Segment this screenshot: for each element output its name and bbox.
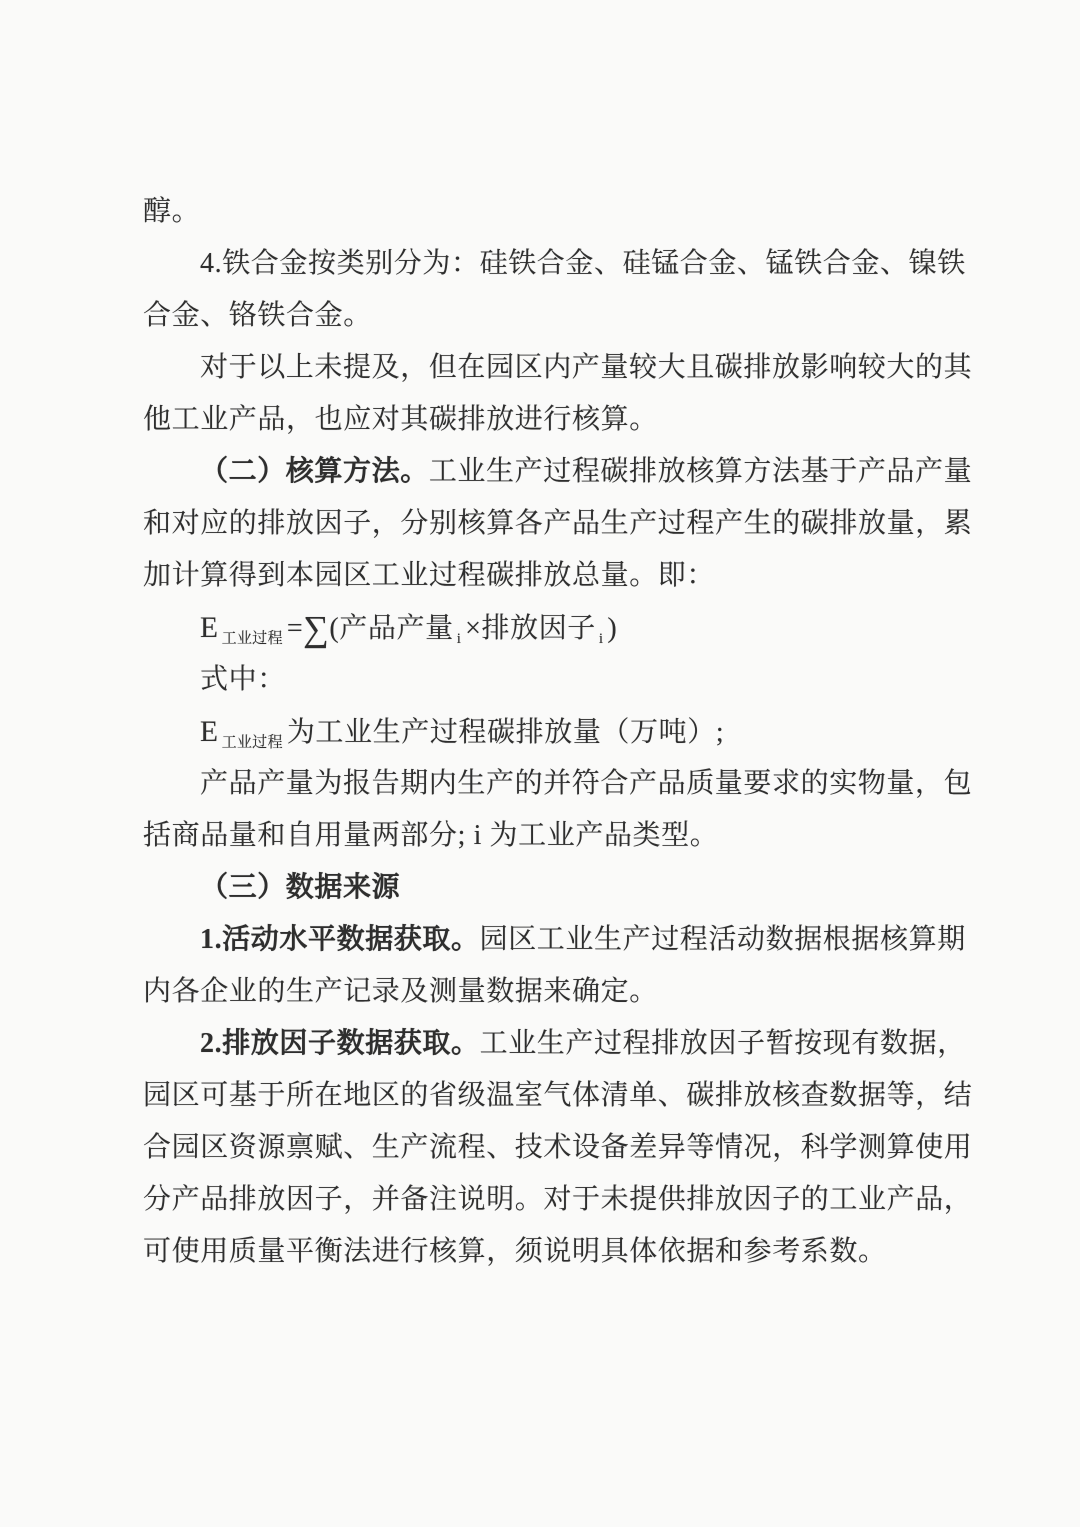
para-where-line-1: 式中：: [143, 654, 943, 706]
para-e-definition-line-1: E工业过程为工业生产过程碳排放量（万吨）;: [143, 706, 943, 758]
para-output-definition-line-1: 产品产量为报告期内生产的并符合产品质量要求的实物量，包: [143, 758, 943, 810]
para-output-definition-line-2: 括商品量和自用量两部分; i 为工业产品类型。: [143, 810, 943, 862]
para-other-products-line-1: 对于以上未提及，但在园区内产量较大且碳排放影响较大的其: [143, 342, 943, 394]
para-emission-factor-data-line-1: 2.排放因子数据获取。工业生产过程排放因子暂按现有数据，: [143, 1018, 943, 1070]
para-section3-data-source-line-1: （三）数据来源: [143, 862, 943, 914]
text-run: 合园区资源禀赋、生产流程、技术设备差异等情况，科学测算使用: [143, 1132, 972, 1163]
para-ferroalloy-line-2: 合金、铬铁合金。: [143, 290, 943, 342]
para-section2-method-line-3: 加计算得到本园区工业过程碳排放总量。即：: [143, 550, 943, 602]
subscript-run: 工业过程: [222, 631, 283, 647]
para-other-products-line-2: 他工业产品，也应对其碳排放进行核算。: [143, 394, 943, 446]
text-run: ×排放因子: [465, 613, 596, 644]
text-run: 园区可基于所在地区的省级温室气体清单、碳排放核查数据等，结: [143, 1080, 972, 1111]
para-methanol-tail-line-1: 醇。: [143, 186, 943, 238]
text-run: 为工业生产过程碳排放量（万吨）;: [287, 717, 724, 748]
para-activity-data-line-1: 1.活动水平数据获取。园区工业生产过程活动数据根据核算期: [143, 914, 943, 966]
subscript-run: i: [457, 631, 461, 647]
document-body: 醇。4.铁合金按类别分为：硅铁合金、硅锰合金、锰铁合金、镍铁合金、铬铁合金。对于…: [143, 186, 943, 1278]
subscript-run: i: [599, 631, 603, 647]
text-run: 分产品排放因子，并备注说明。对于未提供排放因子的工业产品，: [143, 1184, 972, 1215]
text-run: 园区工业生产过程活动数据根据核算期: [480, 924, 966, 955]
text-run: 内各企业的生产记录及测量数据来确定。: [143, 976, 658, 1007]
text-run: ): [607, 613, 617, 644]
text-run: 可使用质量平衡法进行核算，须说明具体依据和参考系数。: [143, 1236, 887, 1267]
text-run: 和对应的排放因子，分别核算各产品生产过程产生的碳排放量，累: [143, 508, 972, 539]
heading-run: 1.活动水平数据获取。: [200, 924, 480, 955]
text-run: 合金、铬铁合金。: [143, 300, 372, 331]
heading-run: （三）数据来源: [200, 872, 400, 903]
text-run: 加计算得到本园区工业过程碳排放总量。即：: [143, 560, 715, 591]
para-section2-method-line-2: 和对应的排放因子，分别核算各产品生产过程产生的碳排放量，累: [143, 498, 943, 550]
text-run: 对于以上未提及，但在园区内产量较大且碳排放影响较大的其: [200, 352, 972, 383]
document-page: 醇。4.铁合金按类别分为：硅铁合金、硅锰合金、锰铁合金、镍铁合金、铬铁合金。对于…: [0, 0, 1080, 1527]
para-ferroalloy-line-1: 4.铁合金按类别分为：硅铁合金、硅锰合金、锰铁合金、镍铁: [143, 238, 943, 290]
text-run: 括商品量和自用量两部分; i 为工业产品类型。: [143, 820, 718, 851]
text-run: 工业生产过程排放因子暂按现有数据，: [480, 1028, 966, 1059]
text-run: 他工业产品，也应对其碳排放进行核算。: [143, 404, 658, 435]
text-run: 式中：: [200, 664, 286, 695]
variable-e: E: [200, 612, 219, 644]
para-emission-factor-data-line-2: 园区可基于所在地区的省级温室气体清单、碳排放核查数据等，结: [143, 1070, 943, 1122]
text-run: 产品产量为报告期内生产的并符合产品质量要求的实物量，包: [200, 768, 972, 799]
para-activity-data-line-2: 内各企业的生产记录及测量数据来确定。: [143, 966, 943, 1018]
para-emission-factor-data-line-4: 分产品排放因子，并备注说明。对于未提供排放因子的工业产品，: [143, 1174, 943, 1226]
heading-run: 2.排放因子数据获取。: [200, 1028, 480, 1059]
para-emission-factor-data-line-5: 可使用质量平衡法进行核算，须说明具体依据和参考系数。: [143, 1226, 943, 1278]
sigma-operator: ∑: [303, 609, 329, 649]
heading-run: （二）核算方法。: [200, 456, 429, 487]
subscript-run: 工业过程: [222, 735, 283, 751]
text-run: 工业生产过程碳排放核算方法基于产品产量: [429, 456, 972, 487]
text-run: =: [287, 613, 303, 644]
text-run: (产品产量: [329, 613, 453, 644]
text-run: 4.铁合金按类别分为：硅铁合金、硅锰合金、锰铁合金、镍铁: [200, 248, 966, 279]
variable-e: E: [200, 716, 219, 748]
para-formula-line-1: E工业过程=∑(产品产量i×排放因子i): [143, 602, 943, 654]
para-emission-factor-data-line-3: 合园区资源禀赋、生产流程、技术设备差异等情况，科学测算使用: [143, 1122, 943, 1174]
para-section2-method-line-1: （二）核算方法。工业生产过程碳排放核算方法基于产品产量: [143, 446, 943, 498]
text-run: 醇。: [143, 196, 200, 227]
